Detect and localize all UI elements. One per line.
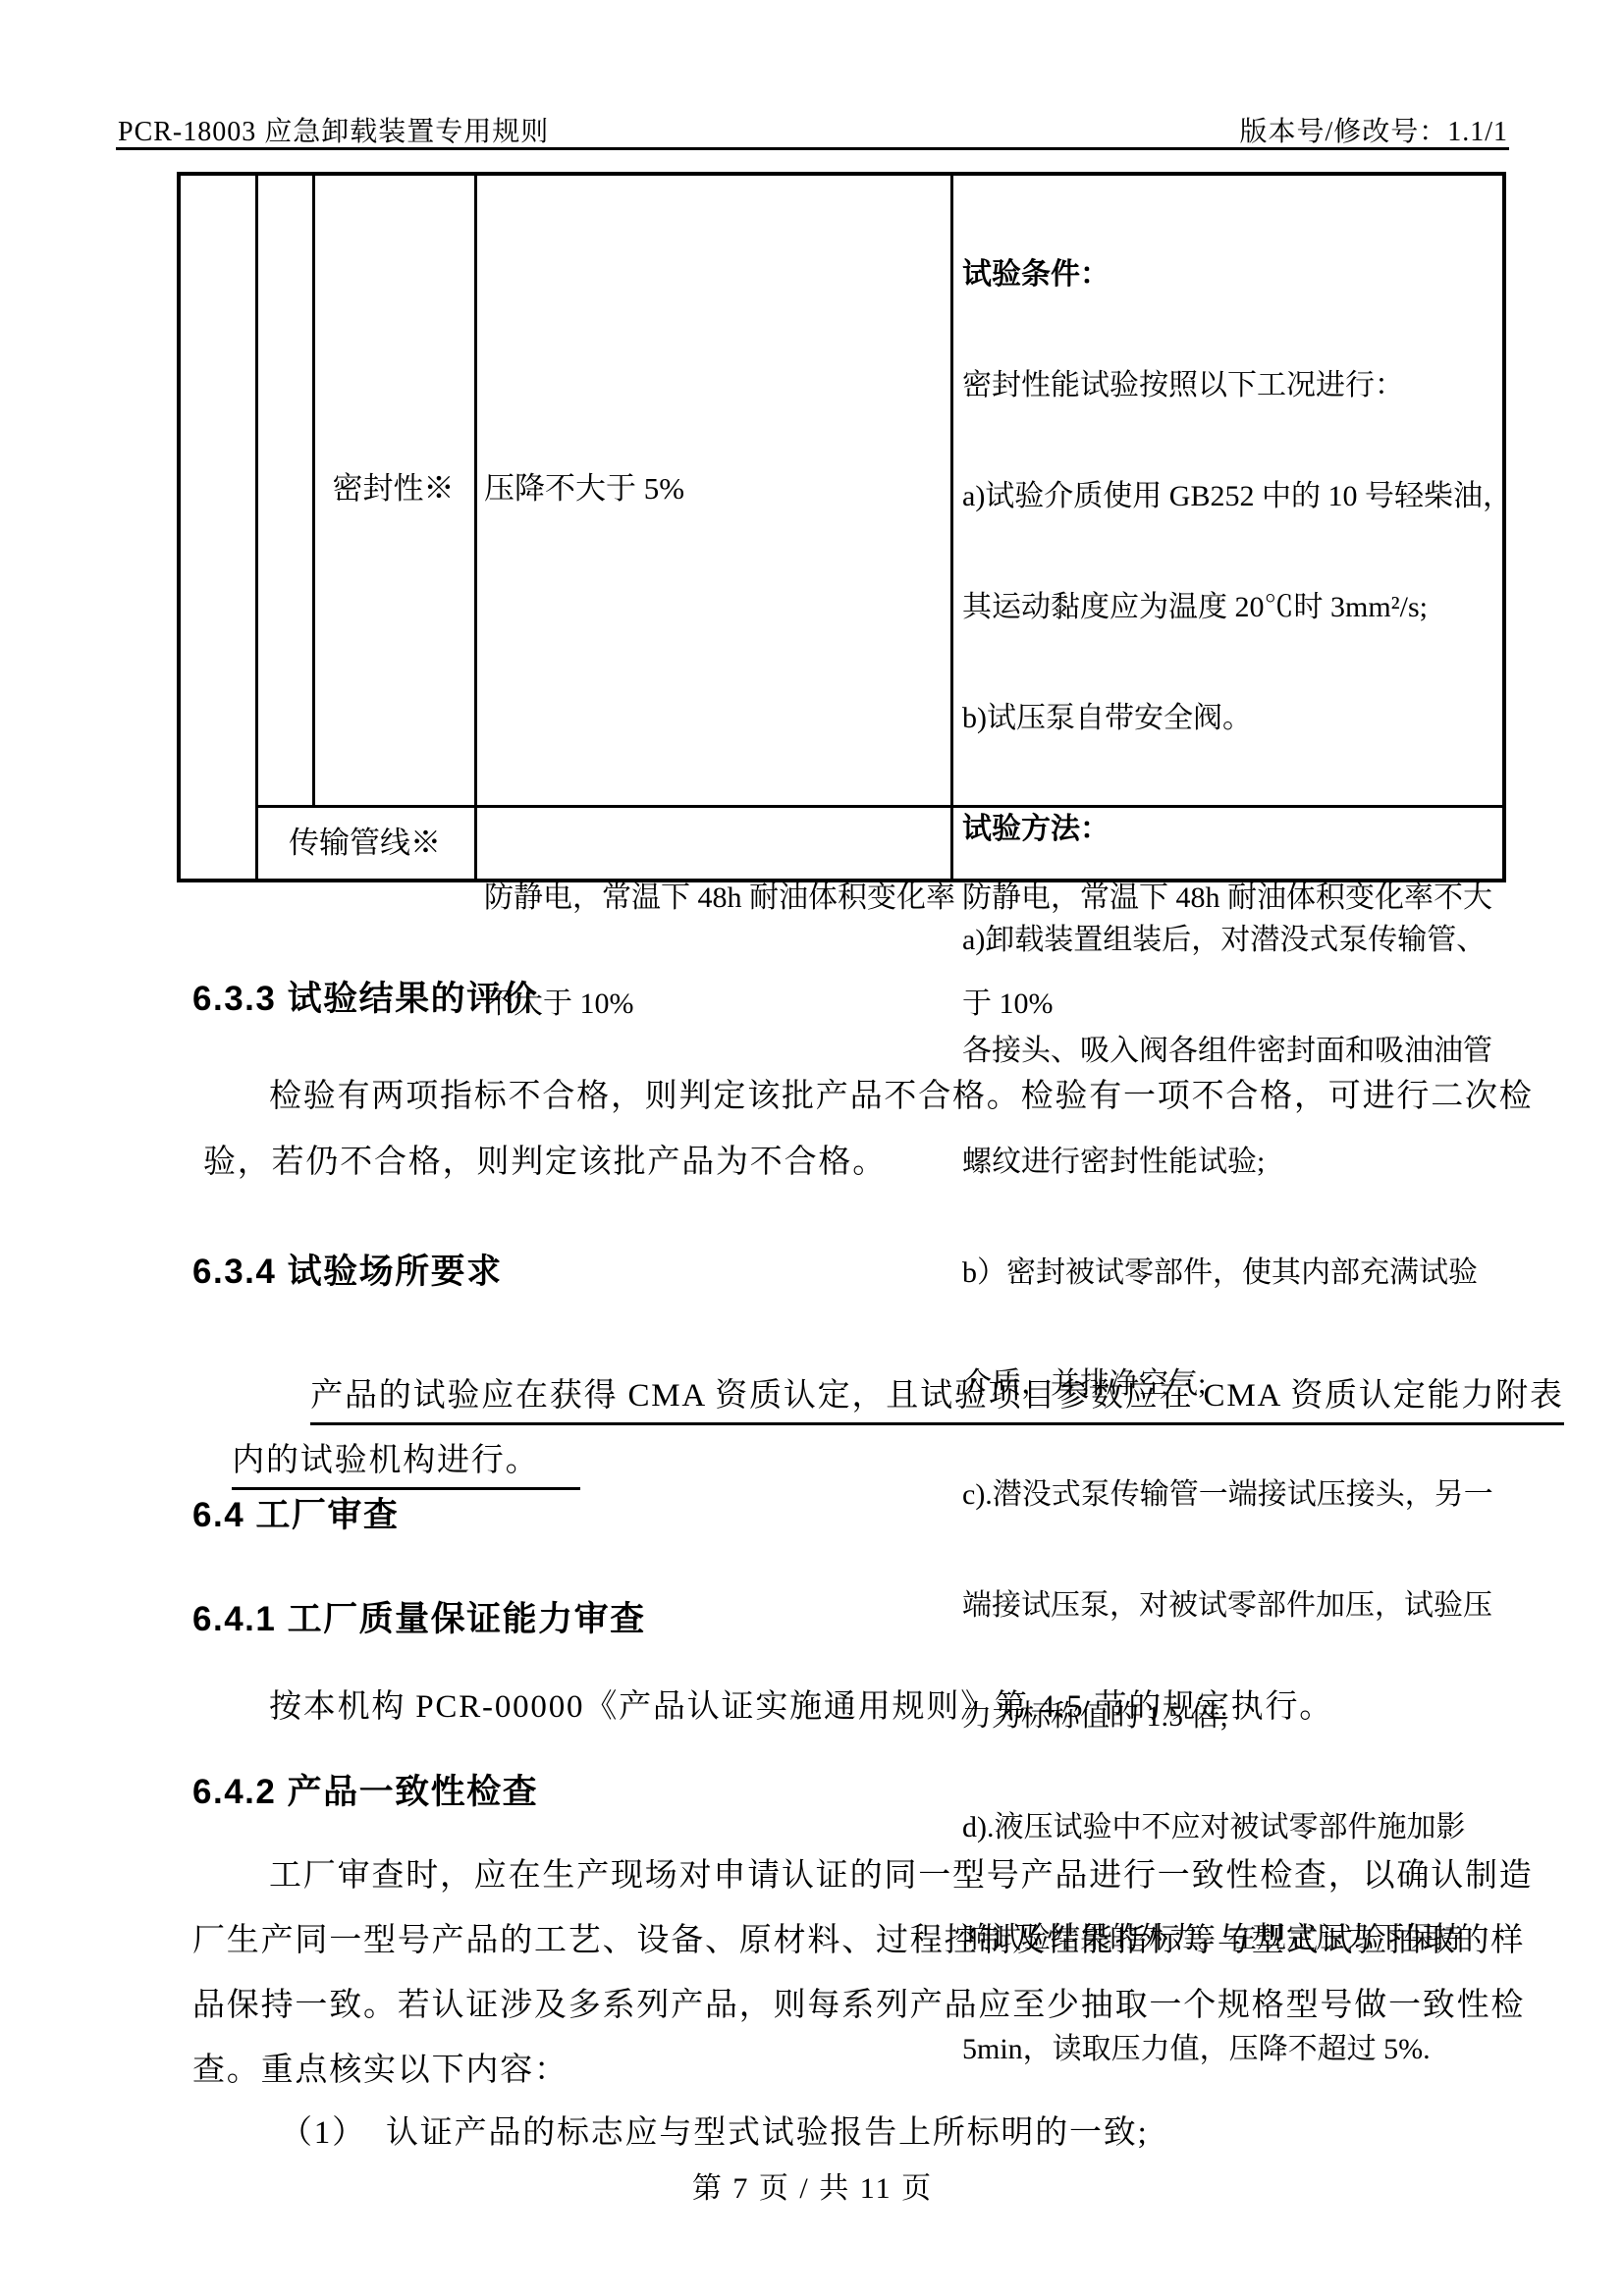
method-line: 螺纹进行密封性能试验; [962,1144,1500,1180]
seal-method-cell: 试验条件： 密封性能试验按照以下工况进行： a)试验介质使用 GB252 中的 … [962,182,1500,2142]
header-version-number: 版本号/修改号：1.1/1 [1239,110,1508,149]
underlined-text: 内的试验机构进行。 [232,1434,580,1490]
pipe-method-line: 于 10% [962,987,1492,1022]
header-rule [116,147,1509,150]
pipe-requirement-line: 防静电，常温下 48h 耐油体积变化率 [484,881,955,916]
method-line: 端接试压泵，对被试零部件加压，试验压 [962,1587,1500,1624]
footer-page-number: 第 7 页 / 共 11 页 [116,2163,1509,2207]
pipe-method-line: 防静电，常温下 48h 耐油体积变化率不大 [962,881,1492,916]
method-line: c).潜没式泵传输管一端接试压接头，另一 [962,1476,1500,1513]
seal-requirement-cell: 压降不大于 5% [484,470,684,507]
section-6-4-heading: 6.4 工厂审查 [192,1488,399,1537]
method-line: 其运动黏度应为温度 20℃时 3mm²/s; [962,589,1500,625]
section-6-4-1-heading: 6.4.1 工厂质量保证能力审查 [192,1592,646,1641]
section-6-4-2-paragraph-line-2: 厂生产同一型号产品的工艺、设备、原材料、过程控制及性能指标等与型式试验抽取的样 [192,1914,1525,1960]
pipe-item-cell: 传输管线※ [255,825,474,862]
section-6-4-2-heading: 6.4.2 产品一致性检查 [192,1765,538,1814]
section-6-3-3-heading: 6.3.3 试验结果的评价 [192,972,538,1021]
seal-item-cell: 密封性※ [312,470,474,507]
section-6-3-4-heading: 6.3.4 试验场所要求 [192,1245,503,1294]
method-line: 密封性能试验按照以下工况进行： [962,367,1500,403]
method-line: a)试验介质使用 GB252 中的 10 号轻柴油， [962,478,1500,514]
method-line: b)试压泵自带安全阀。 [962,700,1500,736]
section-6-4-1-paragraph-line-1: 按本机构 PCR-00000《产品认证实施通用规则》第 4.5 节的规定执行。 [269,1681,1333,1727]
header-doc-title: PCR-18003 应急卸载装置专用规则 [118,110,549,149]
pipe-requirement-line: 不大于 10% [484,987,955,1022]
method-line: b）密封被试零部件，使其内部充满试验 [962,1255,1500,1291]
pipe-method-cell: 防静电，常温下 48h 耐油体积变化率不大 于 10% [962,810,1492,1093]
table-col-line-4 [950,176,953,879]
section-6-4-2-list-item-1: （1） 认证产品的标志应与型式试验报告上所标明的一致; [280,2107,1149,2153]
pipe-requirement-cell: 防静电，常温下 48h 耐油体积变化率 不大于 10% [484,810,955,1093]
method-line: d).液压试验中不应对被试零部件施加影 [962,1809,1500,1845]
document-page: PCR-18003 应急卸载装置专用规则 版本号/修改号：1.1/1 密封性※ … [0,0,1624,2296]
section-6-4-2-paragraph-line-1: 工厂审查时，应在生产现场对申请认证的同一型号产品进行一致性检查，以确认制造 [269,1849,1534,1896]
section-6-4-2-paragraph-line-4: 查。重点核实以下内容： [192,2044,568,2090]
method-line: 试验条件： [962,256,1500,293]
section-6-4-2-paragraph-line-3: 品保持一致。若认证涉及多系列产品，则每系列产品应至少抽取一个规格型号做一致性检 [192,1979,1525,2025]
table-col-line-1 [255,176,258,879]
section-6-3-3-paragraph-line-1: 检验有两项指标不合格，则判定该批产品不合格。检验有一项不合格，可进行二次检 [269,1070,1534,1116]
method-line: 5min，读取压力值，压降不超过 5%. [962,2031,1500,2067]
spec-table: 密封性※ 压降不大于 5% 试验条件： 密封性能试验按照以下工况进行： a)试验… [177,172,1506,882]
section-6-3-3-paragraph-line-2: 验，若仍不合格，则判定该批产品为不合格。 [203,1136,887,1182]
table-col-line-3 [474,176,477,879]
